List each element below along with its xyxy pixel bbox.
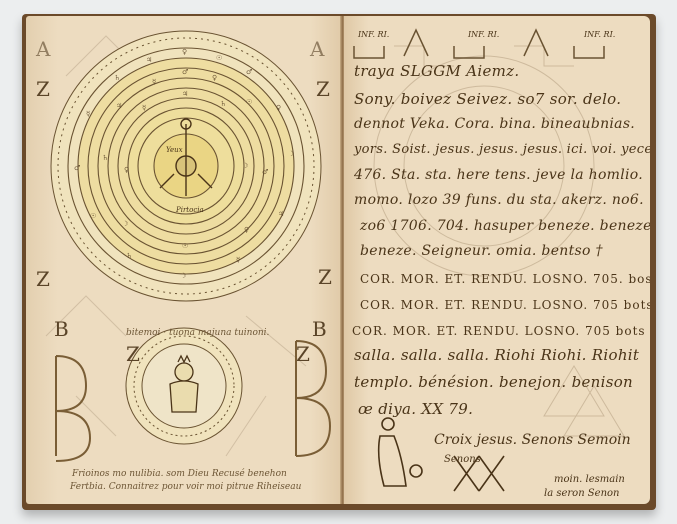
svg-text:Z: Z bbox=[318, 265, 332, 289]
text-line: momo. lozo 39 funs. du sta. akerz. no6. bbox=[354, 192, 644, 208]
text-line: COR. MOR. ET. RENDU. LOSNO. 705. bos†. bbox=[360, 272, 650, 286]
text-line: dennot Veka. Cora. bina. bineaubnias. bbox=[354, 116, 635, 132]
svg-text:☽: ☽ bbox=[242, 162, 248, 170]
svg-text:♂: ♂ bbox=[182, 68, 188, 76]
text-line: salla. salla. salla. Riohi Riohi. Riohit bbox=[354, 346, 639, 364]
svg-text:♀: ♀ bbox=[276, 104, 281, 112]
text-line: Sony. boivez Seivez. so7 sor. delo. bbox=[354, 90, 621, 108]
svg-text:♂: ♂ bbox=[246, 68, 252, 76]
svg-text:A: A bbox=[35, 37, 51, 61]
svg-text:Z: Z bbox=[126, 342, 140, 366]
middle-caption: bitemoi · tuona majuna tuinoni. bbox=[126, 328, 269, 338]
svg-text:☿: ☿ bbox=[152, 78, 156, 86]
svg-text:♀: ♀ bbox=[212, 74, 217, 82]
svg-text:☉: ☉ bbox=[90, 212, 96, 220]
svg-text:☿: ☿ bbox=[142, 104, 146, 112]
text-line: 476. Sta. sta. here tens. jeve la homlio… bbox=[354, 167, 643, 183]
bottom-line-1: Frioinos mo nulibia. som Dieu Recusé ben… bbox=[72, 469, 287, 479]
text-line: COR. MOR. ET. RENDU. LOSNO. 705 bots bbox=[352, 324, 646, 338]
svg-text:☽: ☽ bbox=[122, 220, 128, 228]
bottom-line: Croix jesus. Senons Semoin bbox=[434, 432, 631, 448]
text-line: zo6 1706. 704. hasuper beneze. beneze bbox=[360, 218, 650, 234]
svg-text:♀: ♀ bbox=[244, 226, 249, 234]
svg-text:♃: ♃ bbox=[146, 56, 152, 64]
bottom-line-2: Fertbia. Connaitrez pour voir moi pitrue… bbox=[70, 482, 301, 492]
svg-text:☉: ☉ bbox=[182, 242, 188, 250]
svg-text:♀: ♀ bbox=[124, 166, 129, 174]
svg-text:♀: ♀ bbox=[182, 48, 187, 56]
svg-text:♃: ♃ bbox=[116, 102, 122, 110]
svg-text:Z: Z bbox=[296, 342, 310, 366]
wheel-label: Yeux bbox=[166, 146, 183, 154]
svg-text:Z: Z bbox=[36, 267, 50, 291]
svg-text:☽: ☽ bbox=[180, 272, 186, 280]
bottom-line: la seron Senon bbox=[544, 488, 619, 499]
svg-text:☽: ☽ bbox=[288, 150, 294, 158]
svg-text:♂: ♂ bbox=[262, 168, 268, 176]
svg-text:♃: ♃ bbox=[182, 90, 188, 98]
svg-text:☿: ☿ bbox=[86, 110, 90, 118]
notebook: ♀☉♂♃♄ ☿♀☽♂ ☉♃♄☿☽ ♂♀☿☉♃ ♄♂☽♀☉ ♃♄☿♀☽ Yeux … bbox=[22, 14, 656, 510]
svg-text:♄: ♄ bbox=[126, 252, 132, 260]
text-line: yors. Soist. jesus. jesus. jesus. ici. v… bbox=[354, 142, 650, 157]
svg-text:☉: ☉ bbox=[246, 98, 252, 106]
header-glyph: INF. RI. bbox=[358, 30, 389, 39]
svg-text:A: A bbox=[309, 37, 325, 61]
svg-text:♄: ♄ bbox=[102, 154, 108, 162]
svg-text:♄: ♄ bbox=[220, 100, 226, 108]
right-page: INF. RI. INF. RI. INF. RI. traya SLGGM A… bbox=[344, 16, 650, 504]
svg-text:☿: ☿ bbox=[236, 256, 240, 264]
text-line: COR. MOR. ET. RENDU. LOSNO. 705 bots bbox=[360, 298, 650, 312]
svg-text:♃: ♃ bbox=[278, 210, 284, 218]
bottom-line: Senons bbox=[444, 454, 481, 465]
svg-text:Z: Z bbox=[316, 77, 330, 101]
svg-text:♄: ♄ bbox=[114, 74, 120, 82]
text-line: œ diya. XX 79. bbox=[358, 400, 473, 418]
svg-text:B: B bbox=[312, 317, 327, 341]
text-line: templo. bénésion. benejon. benison bbox=[354, 373, 633, 391]
text-line: beneze. Seigneur. omia. bentso † bbox=[360, 243, 603, 259]
svg-text:B: B bbox=[54, 317, 69, 341]
text-line: traya SLGGM Aiemz. bbox=[354, 62, 519, 80]
svg-text:♂: ♂ bbox=[74, 164, 80, 172]
svg-text:Z: Z bbox=[36, 77, 50, 101]
svg-text:Pirtocia: Pirtocia bbox=[175, 206, 204, 214]
bottom-line: moin. lesmain bbox=[554, 474, 625, 485]
svg-text:☉: ☉ bbox=[216, 54, 222, 62]
astrological-wheel-illustration: ♀☉♂♃♄ ☿♀☽♂ ☉♃♄☿☽ ♂♀☿☉♃ ♄♂☽♀☉ ♃♄☿♀☽ Yeux … bbox=[26, 16, 342, 504]
left-page: ♀☉♂♃♄ ☿♀☽♂ ☉♃♄☿☽ ♂♀☿☉♃ ♄♂☽♀☉ ♃♄☿♀☽ Yeux … bbox=[26, 16, 342, 504]
